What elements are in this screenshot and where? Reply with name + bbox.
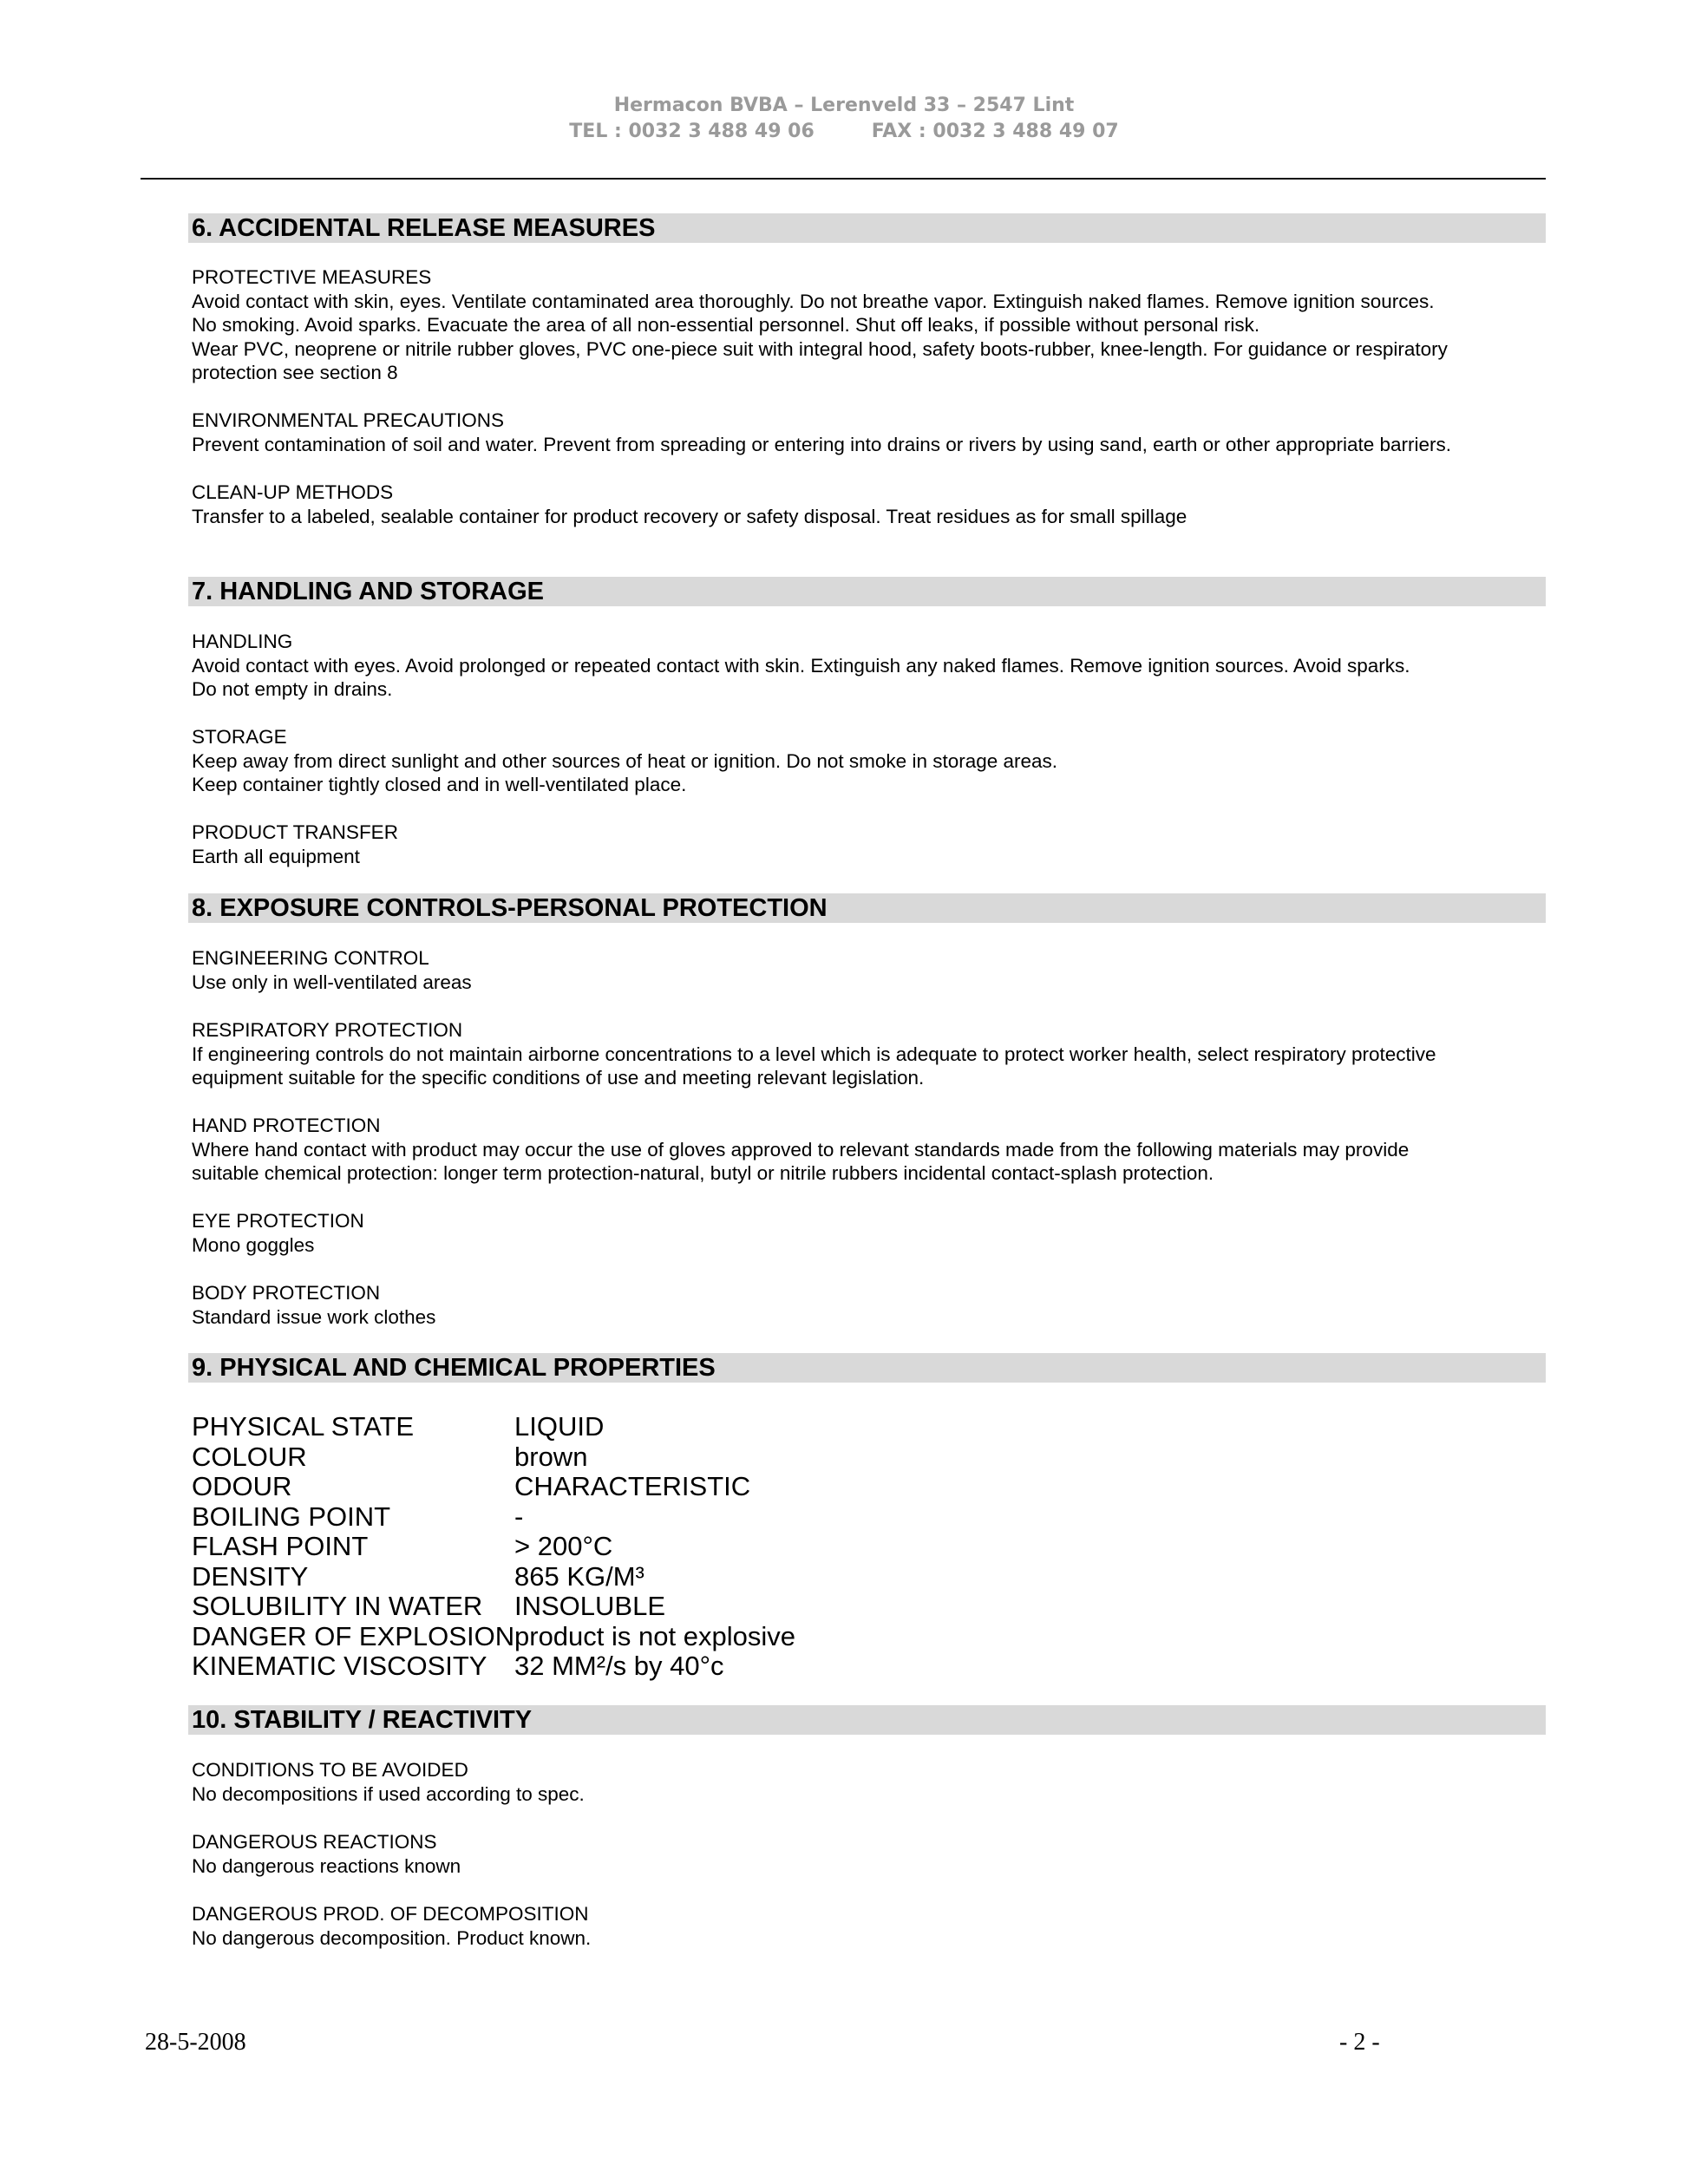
section-8-title: 8. EXPOSURE CONTROLS-PERSONAL PROTECTION xyxy=(192,893,828,923)
property-key: PHYSICAL STATE xyxy=(192,1412,514,1442)
property-key: BOILING POINT xyxy=(192,1502,514,1533)
property-row: COLOURbrown xyxy=(192,1442,795,1473)
section-7-product-transfer: PRODUCT TRANSFER Earth all equipment xyxy=(192,821,1545,868)
paragraph: Mono goggles xyxy=(192,1233,1545,1258)
section-8-respiratory-protection: RESPIRATORY PROTECTION If engineering co… xyxy=(192,1018,1545,1090)
property-value: brown xyxy=(514,1442,587,1473)
section-6-title: 6. ACCIDENTAL RELEASE MEASURES xyxy=(192,213,655,243)
property-row: DANGER OF EXPLOSIONproduct is not explos… xyxy=(192,1622,795,1652)
section-8-body-protection: BODY PROTECTION Standard issue work clot… xyxy=(192,1281,1545,1329)
footer-date: 28-5-2008 xyxy=(145,2028,246,2057)
section-7-storage: STORAGE Keep away from direct sunlight a… xyxy=(192,725,1545,797)
property-row: FLASH POINT> 200°C xyxy=(192,1532,795,1562)
section-8-engineering-control: ENGINEERING CONTROL Use only in well-ven… xyxy=(192,946,1545,994)
letterhead-company: Hermacon BVBA – Lerenveld 33 – 2547 Lint xyxy=(0,93,1688,119)
property-row: BOILING POINT- xyxy=(192,1502,795,1533)
section-9-title: 9. PHYSICAL AND CHEMICAL PROPERTIES xyxy=(192,1353,716,1383)
header-divider xyxy=(141,178,1546,180)
paragraph: Keep away from direct sunlight and other… xyxy=(192,749,1545,797)
property-row: PHYSICAL STATELIQUID xyxy=(192,1412,795,1442)
property-key: COLOUR xyxy=(192,1442,514,1473)
property-key: DANGER OF EXPLOSION xyxy=(192,1622,514,1652)
property-key: KINEMATIC VISCOSITY xyxy=(192,1651,514,1682)
subheading: EYE PROTECTION xyxy=(192,1209,1545,1233)
property-value: CHARACTERISTIC xyxy=(514,1472,750,1502)
property-row: SOLUBILITY IN WATERINSOLUBLE xyxy=(192,1592,795,1622)
paragraph: Avoid contact with skin, eyes. Ventilate… xyxy=(192,290,1545,385)
subheading: CONDITIONS TO BE AVOIDED xyxy=(192,1758,1545,1782)
subheading: ENGINEERING CONTROL xyxy=(192,946,1545,971)
section-7-handling: HANDLING Avoid contact with eyes. Avoid … xyxy=(192,630,1545,702)
subheading: HAND PROTECTION xyxy=(192,1114,1545,1138)
letterhead-fax: FAX : 0032 3 488 49 07 xyxy=(872,121,1119,142)
paragraph: Standard issue work clothes xyxy=(192,1305,1545,1330)
paragraph: Transfer to a labeled, sealable containe… xyxy=(192,505,1545,529)
letterhead-contact: TEL : 0032 3 488 49 06FAX : 0032 3 488 4… xyxy=(0,119,1688,145)
subheading: STORAGE xyxy=(192,725,1545,749)
paragraph: No dangerous reactions known xyxy=(192,1854,1545,1879)
section-6-environmental-precautions: ENVIRONMENTAL PRECAUTIONS Prevent contam… xyxy=(192,409,1545,456)
section-6-protective-measures: PROTECTIVE MEASURES Avoid contact with s… xyxy=(192,265,1545,385)
paragraph: Prevent contamination of soil and water.… xyxy=(192,433,1545,457)
property-value: 32 MM²/s by 40°c xyxy=(514,1651,724,1682)
section-8-eye-protection: EYE PROTECTION Mono goggles xyxy=(192,1209,1545,1257)
property-value: LIQUID xyxy=(514,1412,604,1442)
section-6-clean-up-methods: CLEAN-UP METHODS Transfer to a labeled, … xyxy=(192,481,1545,528)
property-value: > 200°C xyxy=(514,1532,612,1562)
subheading: CLEAN-UP METHODS xyxy=(192,481,1545,505)
subheading: ENVIRONMENTAL PRECAUTIONS xyxy=(192,409,1545,433)
property-value: - xyxy=(514,1502,523,1533)
subheading: HANDLING xyxy=(192,630,1545,654)
paragraph: Earth all equipment xyxy=(192,845,1545,869)
property-key: SOLUBILITY IN WATER xyxy=(192,1592,514,1622)
letterhead-tel: TEL : 0032 3 488 49 06 xyxy=(569,121,815,142)
section-10-title: 10. STABILITY / REACTIVITY xyxy=(192,1705,532,1735)
section-10-dangerous-reactions: DANGEROUS REACTIONS No dangerous reactio… xyxy=(192,1830,1545,1878)
page-number: - 2 - xyxy=(1339,2028,1380,2057)
paragraph: Avoid contact with eyes. Avoid prolonged… xyxy=(192,654,1545,702)
property-key: FLASH POINT xyxy=(192,1532,514,1562)
paragraph: Where hand contact with product may occu… xyxy=(192,1138,1545,1186)
paragraph: If engineering controls do not maintain … xyxy=(192,1043,1545,1090)
property-row: ODOURCHARACTERISTIC xyxy=(192,1472,795,1502)
subheading: PROTECTIVE MEASURES xyxy=(192,265,1545,290)
properties-table: PHYSICAL STATELIQUID COLOURbrown ODOURCH… xyxy=(192,1412,795,1682)
property-value: product is not explosive xyxy=(514,1622,795,1652)
section-7-title: 7. HANDLING AND STORAGE xyxy=(192,577,544,606)
document-page: Hermacon BVBA – Lerenveld 33 – 2547 Lint… xyxy=(0,0,1688,2184)
paragraph: No decompositions if used according to s… xyxy=(192,1782,1545,1807)
property-value: 865 KG/M³ xyxy=(514,1562,644,1592)
subheading: DANGEROUS PROD. OF DECOMPOSITION xyxy=(192,1902,1545,1926)
property-row: KINEMATIC VISCOSITY32 MM²/s by 40°c xyxy=(192,1651,795,1682)
section-10-conditions-to-avoid: CONDITIONS TO BE AVOIDED No decompositio… xyxy=(192,1758,1545,1806)
property-key: ODOUR xyxy=(192,1472,514,1502)
paragraph: No dangerous decomposition. Product know… xyxy=(192,1926,1545,1951)
property-value: INSOLUBLE xyxy=(514,1592,665,1622)
property-key: DENSITY xyxy=(192,1562,514,1592)
subheading: BODY PROTECTION xyxy=(192,1281,1545,1305)
section-10-decomposition-products: DANGEROUS PROD. OF DECOMPOSITION No dang… xyxy=(192,1902,1545,1950)
subheading: RESPIRATORY PROTECTION xyxy=(192,1018,1545,1043)
property-row: DENSITY865 KG/M³ xyxy=(192,1562,795,1592)
paragraph: Use only in well-ventilated areas xyxy=(192,971,1545,995)
subheading: PRODUCT TRANSFER xyxy=(192,821,1545,845)
section-8-hand-protection: HAND PROTECTION Where hand contact with … xyxy=(192,1114,1545,1186)
subheading: DANGEROUS REACTIONS xyxy=(192,1830,1545,1854)
